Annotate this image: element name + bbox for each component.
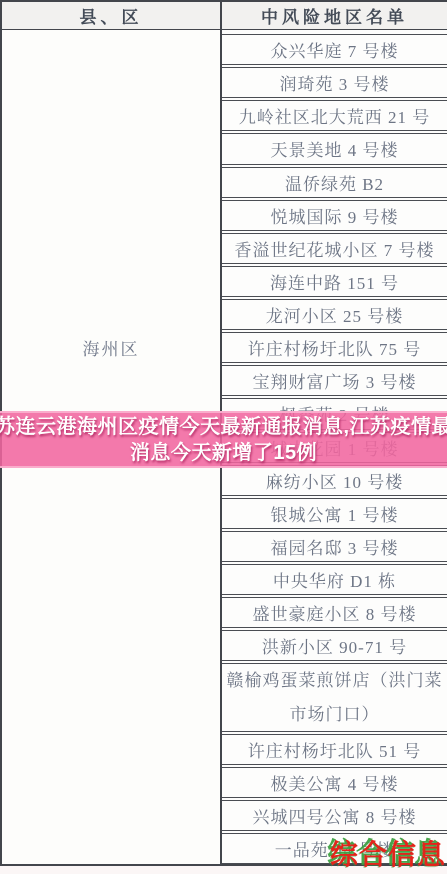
source-watermark: 综合信息 bbox=[330, 833, 446, 873]
table-row: 极美公寓 4 号楼 bbox=[222, 767, 447, 798]
table-row: 盛世豪庭小区 8 号楼 bbox=[222, 597, 447, 628]
table-row: 兴城四号公寓 8 号楼 bbox=[222, 800, 447, 831]
headline-line-1: 江苏连云港海州区疫情今天最新通报消息,江苏疫情最新 bbox=[0, 414, 447, 440]
table-row: 龙河小区 25 号楼 bbox=[222, 299, 447, 330]
table-row: 许庄村杨圩北队 51 号 bbox=[222, 734, 447, 765]
headline-line-2: 消息今天新增了15例 bbox=[130, 440, 317, 466]
table-row: 海连中路 151 号 bbox=[222, 266, 447, 297]
risk-list-column-header: 中风险地区名单 bbox=[222, 2, 447, 30]
table-row: 天景美地 4 号楼 bbox=[222, 133, 447, 164]
table-row: 悦城国际 9 号楼 bbox=[222, 200, 447, 231]
risk-area-table-screenshot: 县、区 海州区 中风险地区名单 众兴华庭 7 号楼 润琦苑 3 号楼 九岭社区北… bbox=[0, 0, 447, 874]
table-row: 香溢世纪花城小区 7 号楼 bbox=[222, 233, 447, 264]
table-row: 赣榆鸡蛋菜煎饼店（洪门菜市场门口） bbox=[222, 663, 447, 731]
table-row: 宝翔财富广场 3 号楼 bbox=[222, 365, 447, 396]
table-row: 润琦苑 3 号楼 bbox=[222, 67, 447, 98]
table-row: 九岭社区北大荒西 21 号 bbox=[222, 100, 447, 131]
table-row: 众兴华庭 7 号楼 bbox=[222, 34, 447, 65]
table-row: 麻纺小区 10 号楼 bbox=[222, 465, 447, 496]
headline-overlay-banner: 江苏连云港海州区疫情今天最新通报消息,江苏疫情最新 消息今天新增了15例 bbox=[0, 411, 447, 468]
table-row: 中央华府 D1 栋 bbox=[222, 564, 447, 595]
table-row: 许庄村杨圩北队 75 号 bbox=[222, 332, 447, 363]
county-column-header: 县、区 bbox=[2, 2, 220, 30]
table-row: 福园名邸 3 号楼 bbox=[222, 531, 447, 562]
table-row: 洪新小区 90-71 号 bbox=[222, 630, 447, 661]
district-name: 海州区 bbox=[2, 335, 220, 360]
table-row: 银城公寓 1 号楼 bbox=[222, 498, 447, 529]
table-row: 温侨绿苑 B2 bbox=[222, 167, 447, 198]
